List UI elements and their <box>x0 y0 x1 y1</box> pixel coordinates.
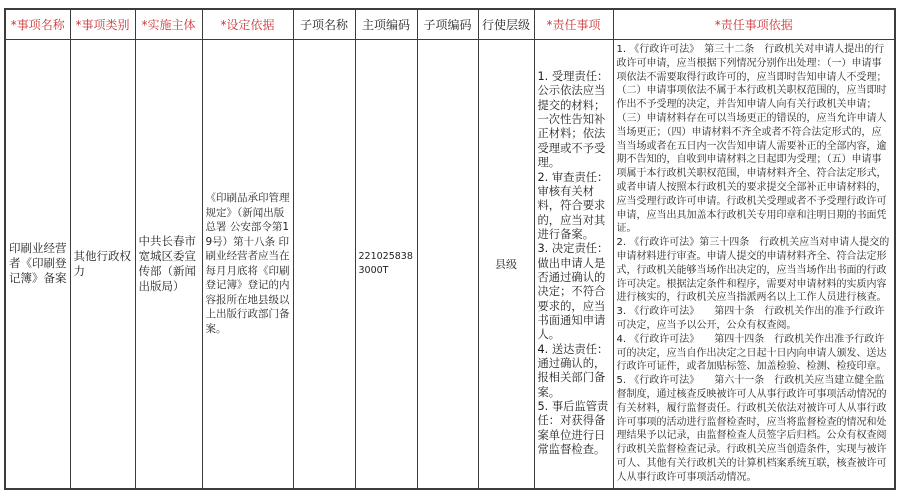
header-implementing-body: *实施主体 <box>135 9 202 39</box>
cell-subitem-name <box>293 39 355 489</box>
cell-main-code: 2210258383000T <box>355 39 417 489</box>
table-row: 印刷业经营者《印刷登记簿》备案 其他行政权力 中共长春市宽城区委宣传部（新闻出版… <box>5 39 895 489</box>
duty-item: 4. 送达责任：通过确认的，报相关部门备案。 <box>538 343 610 400</box>
cell-item-name: 印刷业经营者《印刷登记簿》备案 <box>5 39 70 489</box>
cell-exercise-level: 县级 <box>478 39 534 489</box>
exercise-level-text: 县级 <box>482 256 531 272</box>
cell-duties: 1. 受理责任：公示依法应当提交的材料；一次性告知补正材料；依法受理或不予受理。… <box>534 39 613 489</box>
duty-item: 2. 审查责任：审核有关材料，符合要求的，应当对其进行备案。 <box>538 171 610 243</box>
cell-item-category: 其他行政权力 <box>70 39 135 489</box>
duty-list-page: *事项名称 *事项类别 *实施主体 *设定依据 子项名称 主项编码 子项编码 行… <box>0 0 900 497</box>
duty-item: 5. 事后监管责任：对获得备案单位进行日常监督检查。 <box>538 400 610 457</box>
header-item-category: *事项类别 <box>70 9 135 39</box>
item-name-text: 印刷业经营者《印刷登记簿》备案 <box>9 241 67 286</box>
cell-setting-basis: 《印刷品承印管理规定》（新闻出版总署 公安部令第19号）第十八条 印刷业经营者应… <box>202 39 293 489</box>
main-code-text: 2210258383000T <box>359 250 414 277</box>
header-item-name: *事项名称 <box>5 9 70 39</box>
header-duties: *责任事项 <box>534 9 613 39</box>
duty-item: 3. 决定责任：做出申请人是否通过确认的决定；不符合要求的，应当书面通知申请人。 <box>538 242 610 342</box>
setting-basis-text: 《印刷品承印管理规定》（新闻出版总署 公安部令第19号）第十八条 印刷业经营者应… <box>206 191 290 336</box>
header-subitem-name: 子项名称 <box>293 9 355 39</box>
cell-subitem-code <box>417 39 478 489</box>
header-setting-basis: *设定依据 <box>202 9 293 39</box>
duty-basis-item: 1. 《行政许可法》 第三十二条 行政机关对申请人提出的行政许可申请，应当根据下… <box>617 43 892 236</box>
header-subitem-code: 子项编码 <box>417 9 478 39</box>
item-category-text: 其他行政权力 <box>74 249 132 279</box>
duty-basis-item: 5. 《行政许可法》 第六十一条 行政机关应当建立健全监督制度，通过核查反映被许… <box>617 374 892 484</box>
cell-duty-basis: 1. 《行政许可法》 第三十二条 行政机关对申请人提出的行政许可申请，应当根据下… <box>613 39 895 489</box>
header-duty-basis: *责任事项依据 <box>613 9 895 39</box>
table-header-row: *事项名称 *事项类别 *实施主体 *设定依据 子项名称 主项编码 子项编码 行… <box>5 9 895 39</box>
implementing-body-text: 中共长春市宽城区委宣传部（新闻出版局） <box>139 234 199 294</box>
duty-basis-item: 3. 《行政许可法》 第四十条 行政机关作出的准予行政许可决定，应当予以公开，公… <box>617 305 892 333</box>
duty-item: 1. 受理责任：公示依法应当提交的材料；一次性告知补正材料；依法受理或不予受理。 <box>538 70 610 170</box>
header-exercise-level: 行使层级 <box>478 9 534 39</box>
duty-list-table: *事项名称 *事项类别 *实施主体 *设定依据 子项名称 主项编码 子项编码 行… <box>4 8 896 490</box>
duty-basis-item: 4. 《行政许可法》 第四十四条 行政机关作出准予行政许可的决定，应当自作出决定… <box>617 333 892 374</box>
duty-basis-item: 2. 《行政许可法》第三十四条 行政机关应当对申请人提交的申请材料进行审查。申请… <box>617 236 892 305</box>
header-main-code: 主项编码 <box>355 9 417 39</box>
cell-implementing-body: 中共长春市宽城区委宣传部（新闻出版局） <box>135 39 202 489</box>
